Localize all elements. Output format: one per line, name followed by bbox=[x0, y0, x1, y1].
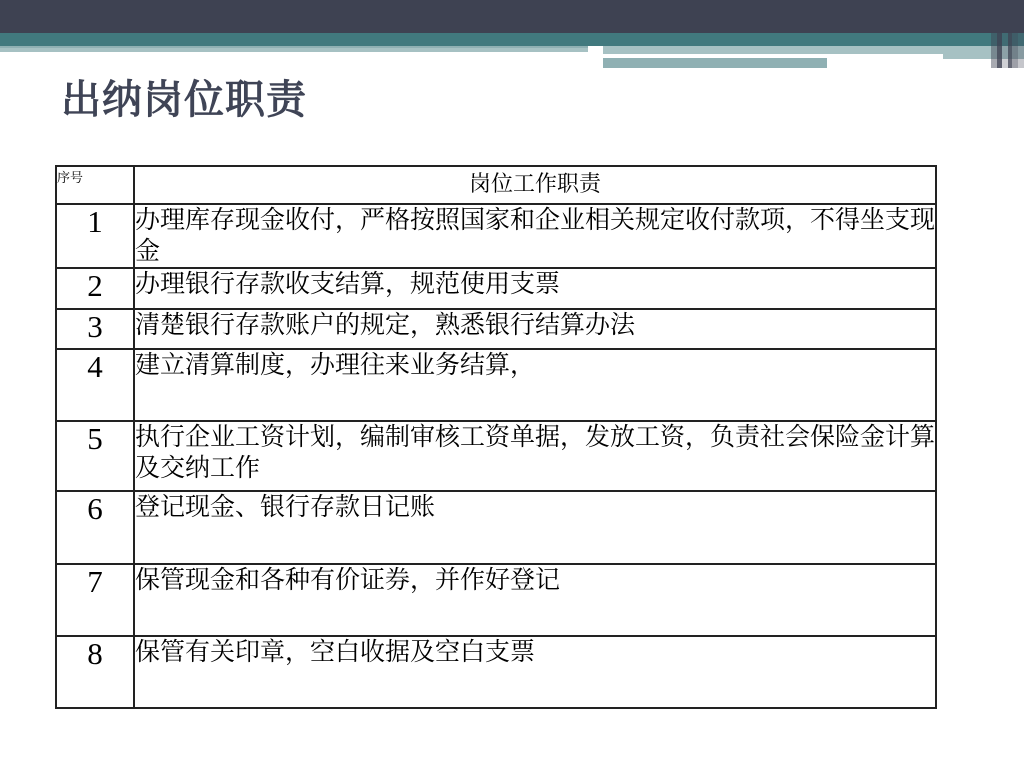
table-row: 5 执行企业工资计划，编制审核工资单据，发放工资，负责社会保险金计算及交纳工作 bbox=[56, 421, 936, 491]
table-row: 8 保管有关印章，空白收据及空白支票 bbox=[56, 636, 936, 708]
row-duty: 登记现金、银行存款日记账 bbox=[134, 491, 936, 564]
row-duty: 办理库存现金收付，严格按照国家和企业相关规定收付款项，不得坐支现金 bbox=[134, 204, 936, 268]
row-number: 5 bbox=[56, 421, 134, 491]
row-number: 1 bbox=[56, 204, 134, 268]
left-light-strip bbox=[0, 48, 588, 52]
page-title: 出纳岗位职责 bbox=[61, 68, 307, 125]
row-number: 8 bbox=[56, 636, 134, 708]
right-lower-band bbox=[603, 58, 827, 68]
table-header-row: 序号 岗位工作职责 bbox=[56, 166, 936, 204]
corner-stripe-decoration bbox=[991, 0, 1024, 68]
row-duty: 执行企业工资计划，编制审核工资单据，发放工资，负责社会保险金计算及交纳工作 bbox=[134, 421, 936, 491]
table-row: 2 办理银行存款收支结算，规范使用支票 bbox=[56, 268, 936, 309]
top-dark-bar bbox=[0, 0, 1024, 33]
row-number: 4 bbox=[56, 349, 134, 421]
slide-canvas: 出纳岗位职责 序号 岗位工作职责 1 办理库存现金收付，严格按照国家和企业相关规… bbox=[0, 0, 1024, 768]
row-number: 3 bbox=[56, 309, 134, 349]
top-teal-bar bbox=[0, 33, 1024, 46]
row-duty: 办理银行存款收支结算，规范使用支票 bbox=[134, 268, 936, 309]
row-number: 2 bbox=[56, 268, 134, 309]
row-duty: 建立清算制度，办理往来业务结算， bbox=[134, 349, 936, 421]
table-row: 3 清楚银行存款账户的规定，熟悉银行结算办法 bbox=[56, 309, 936, 349]
corner-stripe bbox=[1018, 0, 1024, 68]
row-number: 6 bbox=[56, 491, 134, 564]
table-row: 4 建立清算制度，办理往来业务结算， bbox=[56, 349, 936, 421]
row-number: 7 bbox=[56, 564, 134, 636]
row-duty: 保管现金和各种有价证券，并作好登记 bbox=[134, 564, 936, 636]
table-row: 7 保管现金和各种有价证券，并作好登记 bbox=[56, 564, 936, 636]
header-duty-title: 岗位工作职责 bbox=[134, 166, 936, 204]
table-row: 1 办理库存现金收付，严格按照国家和企业相关规定收付款项，不得坐支现金 bbox=[56, 204, 936, 268]
table-row: 6 登记现金、银行存款日记账 bbox=[56, 491, 936, 564]
header-serial-number: 序号 bbox=[56, 166, 134, 204]
row-duty: 清楚银行存款账户的规定，熟悉银行结算办法 bbox=[134, 309, 936, 349]
row-duty: 保管有关印章，空白收据及空白支票 bbox=[134, 636, 936, 708]
duties-table: 序号 岗位工作职责 1 办理库存现金收付，严格按照国家和企业相关规定收付款项，不… bbox=[55, 165, 937, 709]
